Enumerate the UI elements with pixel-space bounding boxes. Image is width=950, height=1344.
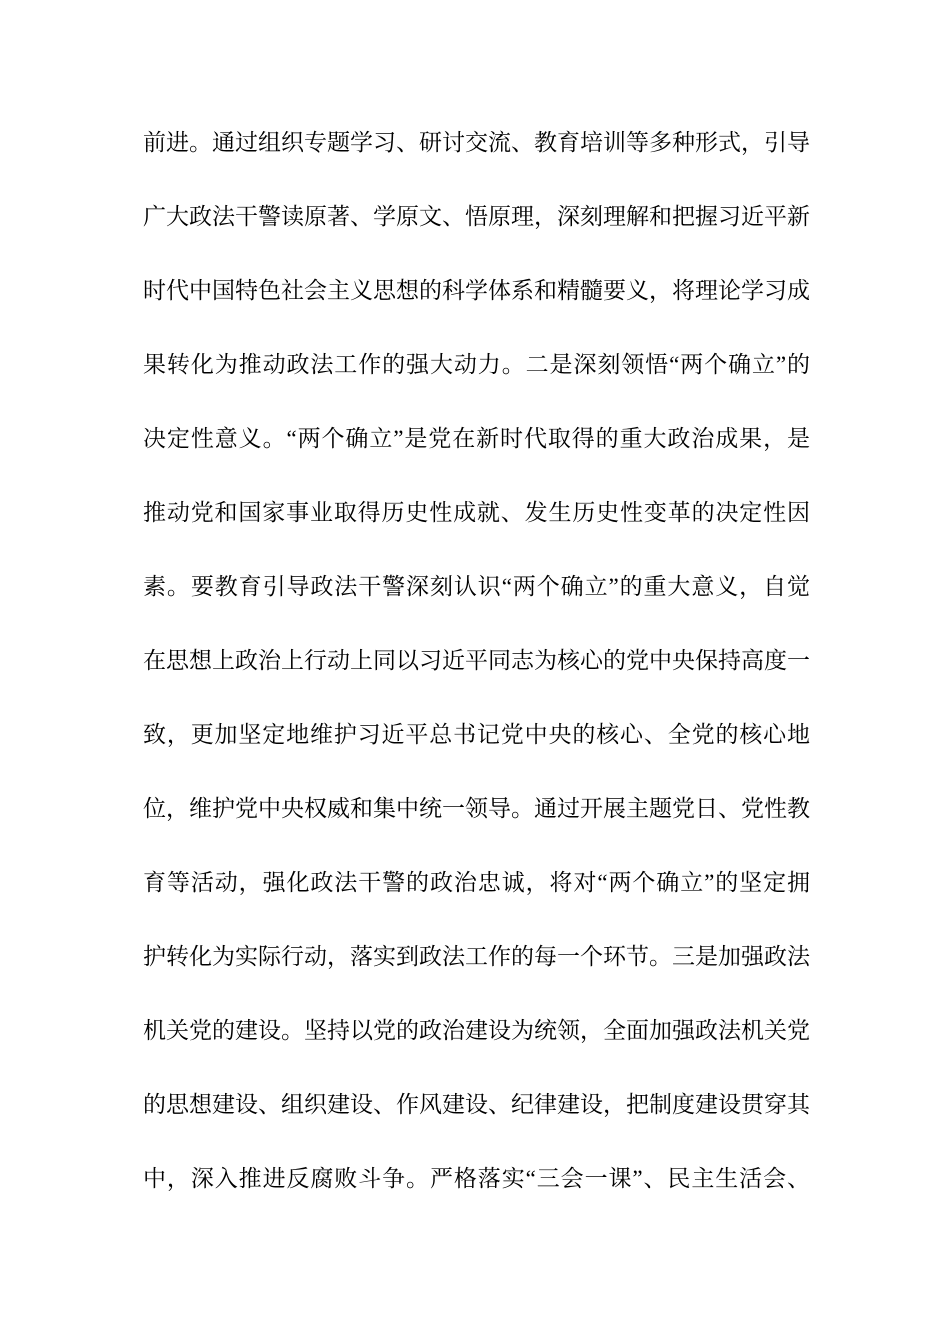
text-line: 广大政法干警读原著、学原文、悟原理，深刻理解和把握习近平新 [143,180,810,254]
text-line: 果转化为推动政法工作的强大动力。二是深刻领悟“两个确立”的 [143,328,810,402]
text-line: 机关党的建设。坚持以党的政治建设为统领，全面加强政法机关党 [143,994,810,1068]
text-line: 前进。通过组织专题学习、研讨交流、教育培训等多种形式，引导 [143,106,810,180]
text-line: 中，深入推进反腐败斗争。严格落实“三会一课”、民主生活会、 [143,1142,810,1216]
text-line: 时代中国特色社会主义思想的科学体系和精髓要义，将理论学习成 [143,254,810,328]
document-text-body: 前进。通过组织专题学习、研讨交流、教育培训等多种形式，引导 广大政法干警读原著、… [143,106,810,1216]
text-line: 决定性意义。“两个确立”是党在新时代取得的重大政治成果，是 [143,402,810,476]
text-line: 位，维护党中央权威和集中统一领导。通过开展主题党日、党性教 [143,772,810,846]
text-line: 致，更加坚定地维护习近平总书记党中央的核心、全党的核心地 [143,698,810,772]
text-line: 推动党和国家事业取得历史性成就、发生历史性变革的决定性因 [143,476,810,550]
text-line: 素。要教育引导政法干警深刻认识“两个确立”的重大意义，自觉 [143,550,810,624]
text-line: 的思想建设、组织建设、作风建设、纪律建设，把制度建设贯穿其 [143,1068,810,1142]
text-line: 育等活动，强化政法干警的政治忠诚，将对“两个确立”的坚定拥 [143,846,810,920]
document-page: 前进。通过组织专题学习、研讨交流、教育培训等多种形式，引导 广大政法干警读原著、… [0,0,950,1344]
text-line: 护转化为实际行动，落实到政法工作的每一个环节。三是加强政法 [143,920,810,994]
text-line: 在思想上政治上行动上同以习近平同志为核心的党中央保持高度一 [143,624,810,698]
